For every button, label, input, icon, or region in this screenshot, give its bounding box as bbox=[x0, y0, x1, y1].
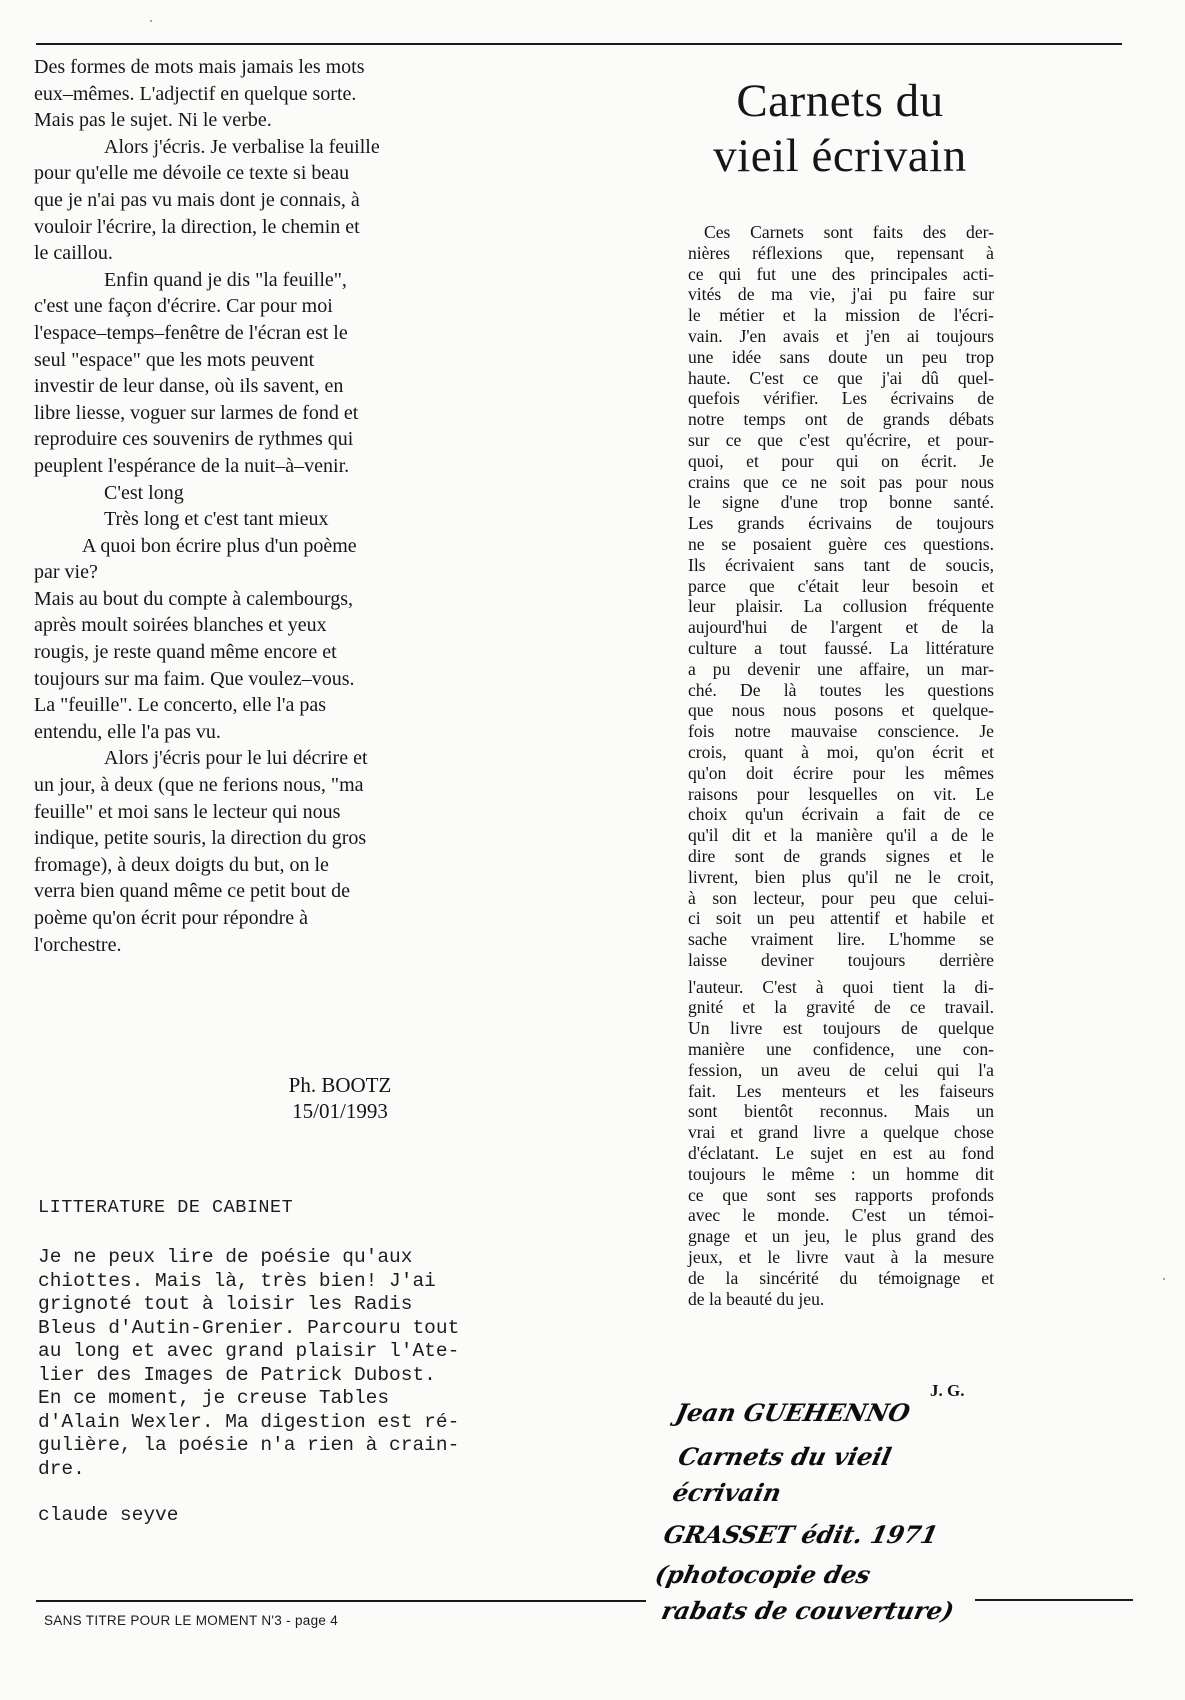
article-title-line1: Carnets du bbox=[665, 74, 1015, 129]
scan-speck bbox=[1163, 1278, 1165, 1280]
prose-line: c'est une façon d'écrire. Car pour moi bbox=[34, 293, 454, 320]
signature-date: 15/01/1993 bbox=[200, 1098, 480, 1124]
article-line: fait. Les menteurs et les faiseurs bbox=[688, 1081, 994, 1102]
article-line: sont bientôt reconnus. Mais un bbox=[688, 1101, 994, 1122]
prose-line: Enfin quand je dis "la feuille", bbox=[34, 267, 454, 294]
prose-line: seul "espace" que les mots peuvent bbox=[34, 347, 454, 374]
bottom-rule-right bbox=[975, 1599, 1133, 1601]
prose-line: après moult soirées blanches et yeux bbox=[34, 612, 454, 639]
article-line: crois, quant à moi, qu'on écrit et bbox=[688, 742, 994, 763]
article-line: raisons pour lesquelles on vit. Le bbox=[688, 784, 994, 805]
handwritten-line: écrivain bbox=[669, 1475, 1003, 1511]
prose-line: le caillou. bbox=[34, 240, 454, 267]
article-line: de la sincérité du témoignage et bbox=[688, 1268, 994, 1289]
article-line: gnité et la gravité de ce travail. bbox=[688, 997, 994, 1018]
handwritten-line: GRASSET édit. 1971 bbox=[660, 1517, 994, 1553]
article-line: Un livre est toujours de quelque bbox=[688, 1018, 994, 1039]
article-line: qu'on doit écrire pour les mêmes bbox=[688, 763, 994, 784]
prose-line: entendu, elle l'a pas vu. bbox=[34, 719, 454, 746]
article-line: fois notre mauvaise conscience. Je bbox=[688, 721, 994, 742]
article-title-line2: vieil écrivain bbox=[665, 129, 1015, 184]
article-line: une idée sans doute un peu trop bbox=[688, 347, 994, 368]
cabinet-line: En ce moment, je creuse Tables bbox=[38, 1387, 598, 1411]
prose-line: toujours sur ma faim. Que voulez–vous. bbox=[34, 666, 454, 693]
handwritten-line: Carnets du vieil bbox=[675, 1439, 1011, 1475]
cabinet-author: claude seyve bbox=[38, 1504, 598, 1526]
article-line: jeux, et le livre vaut à la mesure bbox=[688, 1247, 994, 1268]
article-line: Les grands écrivains de toujours bbox=[688, 513, 994, 534]
article-line: ci soit un peu attentif et habile et bbox=[688, 908, 994, 929]
article-line: ne se posaient guère ces questions. bbox=[688, 534, 994, 555]
article-line: de la beauté du jeu. bbox=[688, 1289, 994, 1310]
prose-line: par vie? bbox=[34, 559, 454, 586]
article-body: Ces Carnets sont faits des der-nières ré… bbox=[688, 222, 994, 1309]
article-line: vités de ma vie, j'ai pu faire sur bbox=[688, 284, 994, 305]
article-line: avec le monde. C'est un témoi- bbox=[688, 1205, 994, 1226]
prose-line: poème qu'on écrit pour répondre à bbox=[34, 905, 454, 932]
prose-line: indique, petite souris, la direction du … bbox=[34, 825, 454, 852]
prose-line: Très long et c'est tant mieux bbox=[34, 506, 454, 533]
prose-line: rougis, je reste quand même encore et bbox=[34, 639, 454, 666]
article-line: Ils écrivaient sans tant de soucis, bbox=[688, 555, 994, 576]
article-line: Ces Carnets sont faits des der- bbox=[688, 222, 994, 243]
article-line: dire sont de grands signes et le bbox=[688, 846, 994, 867]
bottom-rule-left bbox=[36, 1600, 646, 1602]
cabinet-line: lier des Images de Patrick Dubost. bbox=[38, 1364, 598, 1388]
article-line: quefois vérifier. Les écrivains de bbox=[688, 388, 994, 409]
prose-line: investir de leur danse, où ils savent, e… bbox=[34, 373, 454, 400]
article-line: qu'il dit et la manière qu'il a de le bbox=[688, 825, 994, 846]
cabinet-title: LITTERATURE DE CABINET bbox=[38, 1197, 598, 1218]
prose-line: vouloir l'écrire, la direction, le chemi… bbox=[34, 214, 454, 241]
handwritten-line: rabats de couverture) bbox=[658, 1593, 978, 1629]
article-line: le métier et la mission de l'écri- bbox=[688, 305, 994, 326]
article-line: sur ce que c'est qu'écrire, et pour- bbox=[688, 430, 994, 451]
article-line: a pu devenir une affaire, un mar- bbox=[688, 659, 994, 680]
article-line: que nous nous posons et quelque- bbox=[688, 700, 994, 721]
article-line: gnage et un jeu, le plus grand des bbox=[688, 1226, 994, 1247]
article-line: haute. C'est ce que j'ai dû quel- bbox=[688, 368, 994, 389]
prose-line: pour qu'elle me dévoile ce texte si beau bbox=[34, 160, 454, 187]
article-line: vain. J'en avais et j'en ai toujours bbox=[688, 326, 994, 347]
prose-line: Mais au bout du compte à calembourgs, bbox=[34, 586, 454, 613]
article-line: ce que sont ses rapports profonds bbox=[688, 1185, 994, 1206]
handwritten-note: Jean GUEHENNOCarnets du vieilécrivainGRA… bbox=[630, 1395, 1020, 1629]
article-line: culture a tout faussé. La littérature bbox=[688, 638, 994, 659]
cabinet-body: Je ne peux lire de poésie qu'auxchiottes… bbox=[38, 1246, 598, 1481]
signature-bootz: Ph. BOOTZ 15/01/1993 bbox=[200, 1072, 480, 1124]
scan-speck bbox=[150, 20, 152, 22]
page-footer: SANS TITRE POUR LE MOMENT N'3 - page 4 bbox=[44, 1613, 338, 1628]
prose-line: peuplent l'espérance de la nuit–à–venir. bbox=[34, 453, 454, 480]
article-line: livrent, bien plus qu'il ne le croit, bbox=[688, 867, 994, 888]
article-line: ché. De là toutes les questions bbox=[688, 680, 994, 701]
prose-line: Alors j'écris. Je verbalise la feuille bbox=[34, 134, 454, 161]
cabinet-line: Je ne peux lire de poésie qu'aux bbox=[38, 1246, 598, 1270]
cabinet-line: chiottes. Mais là, très bien! J'ai bbox=[38, 1270, 598, 1294]
article-line: vrai et grand livre a quelque chose bbox=[688, 1122, 994, 1143]
prose-line: l'orchestre. bbox=[34, 932, 454, 959]
article-line: ce qui fut une des principales acti- bbox=[688, 264, 994, 285]
cabinet-line: grignoté tout à loisir les Radis bbox=[38, 1293, 598, 1317]
article-line: d'éclatant. Le sujet en est au fond bbox=[688, 1143, 994, 1164]
prose-line: Des formes de mots mais jamais les mots bbox=[34, 54, 454, 81]
article-line: toujours le même : un homme dit bbox=[688, 1164, 994, 1185]
handwritten-line: Jean GUEHENNO bbox=[672, 1395, 1020, 1431]
article-line: leur plaisir. La collusion fréquente bbox=[688, 596, 994, 617]
prose-line: eux–mêmes. L'adjectif en quelque sorte. bbox=[34, 81, 454, 108]
prose-line: Mais pas le sujet. Ni le verbe. bbox=[34, 107, 454, 134]
cabinet-line: Bleus d'Autin-Grenier. Parcouru tout bbox=[38, 1317, 598, 1341]
article-line: parce que c'était leur besoin et bbox=[688, 576, 994, 597]
cabinet-line: au long et avec grand plaisir l'Ate- bbox=[38, 1340, 598, 1364]
article-line: aujourd'hui de l'argent et de la bbox=[688, 617, 994, 638]
prose-line: libre liesse, voguer sur larmes de fond … bbox=[34, 400, 454, 427]
prose-line: un jour, à deux (que ne ferions nous, "m… bbox=[34, 772, 454, 799]
prose-line: C'est long bbox=[34, 480, 454, 507]
article-line: sache vraiment lire. L'homme se bbox=[688, 929, 994, 950]
article-title: Carnets du vieil écrivain bbox=[665, 74, 1015, 184]
article-line: choix qu'un écrivain a fait de ce bbox=[688, 804, 994, 825]
prose-line: fromage), à deux doigts du but, on le bbox=[34, 852, 454, 879]
prose-line: verra bien quand même ce petit bout de bbox=[34, 878, 454, 905]
article-line: laisse deviner toujours derrière bbox=[688, 950, 994, 971]
article-line: quoi, et pour qui on écrit. Je bbox=[688, 451, 994, 472]
prose-line: l'espace–temps–fenêtre de l'écran est le bbox=[34, 320, 454, 347]
article-line: le signe d'une trop bonne santé. bbox=[688, 492, 994, 513]
prose-line: Alors j'écris pour le lui décrire et bbox=[34, 745, 454, 772]
article-line: nières réflexions que, repensant à bbox=[688, 243, 994, 264]
article-line: à son lecteur, pour peu que celui- bbox=[688, 888, 994, 909]
cabinet-line: dre. bbox=[38, 1458, 598, 1482]
prose-line: que je n'ai pas vu mais dont je connais,… bbox=[34, 187, 454, 214]
prose-line: La "feuille". Le concerto, elle l'a pas bbox=[34, 692, 454, 719]
article-line: l'auteur. C'est à quoi tient la di- bbox=[688, 977, 994, 998]
cabinet-line: d'Alain Wexler. Ma digestion est ré- bbox=[38, 1411, 598, 1435]
left-prose-column: Des formes de mots mais jamais les motse… bbox=[34, 54, 454, 958]
prose-line: A quoi bon écrire plus d'un poème bbox=[34, 533, 454, 560]
article-line: notre temps ont de grands débats bbox=[688, 409, 994, 430]
prose-line: feuille" et moi sans le lecteur qui nous bbox=[34, 799, 454, 826]
article-line: manière une confidence, une con- bbox=[688, 1039, 994, 1060]
signature-author: Ph. BOOTZ bbox=[200, 1072, 480, 1098]
prose-line: reproduire ces souvenirs de rythmes qui bbox=[34, 426, 454, 453]
article-line: crains que ce ne soit pas pour nous bbox=[688, 472, 994, 493]
handwritten-line: (photocopie des bbox=[652, 1557, 986, 1593]
cabinet-section: LITTERATURE DE CABINET Je ne peux lire d… bbox=[38, 1197, 598, 1526]
cabinet-line: gulière, la poésie n'a rien à crain- bbox=[38, 1434, 598, 1458]
top-rule bbox=[36, 43, 1122, 45]
article-line: fession, un aveu de celui qui l'a bbox=[688, 1060, 994, 1081]
